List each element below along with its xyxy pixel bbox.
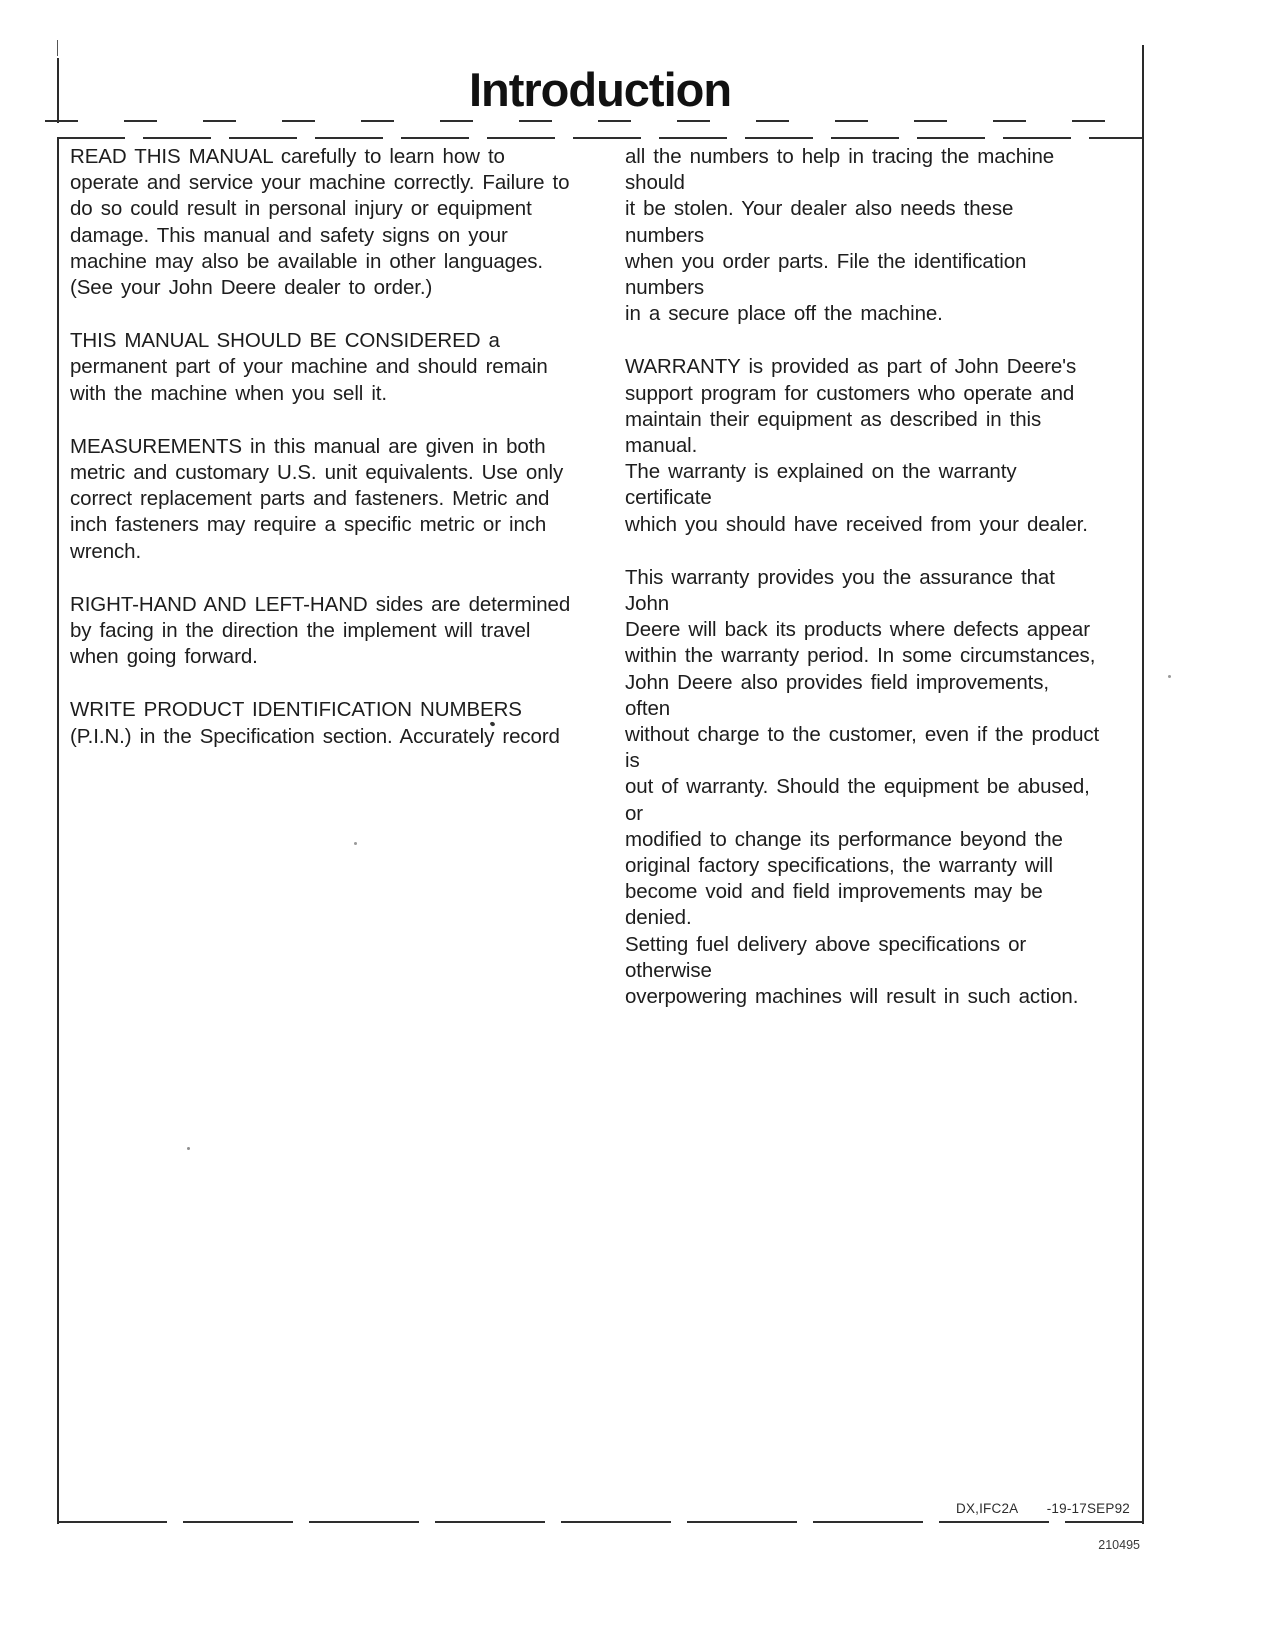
scan-artifact-tick	[57, 40, 58, 56]
scan-speck	[354, 842, 357, 845]
paragraph-warranty: WARRANTY is provided as part of John Dee…	[625, 354, 1100, 537]
footer-revision-date: -19-17SEP92	[1047, 1501, 1130, 1516]
page-number: 210495	[1040, 1538, 1140, 1552]
page-title: Introduction	[57, 62, 1143, 117]
footer-codes: DX,IFC2A -19-17SEP92	[956, 1501, 1130, 1516]
paragraph-warranty-assurance: This warranty provides you the assurance…	[625, 565, 1100, 1010]
paragraph-pin-continued: all the numbers to help in tracing the m…	[625, 144, 1100, 327]
scan-speck	[1168, 675, 1171, 678]
paragraph-this-manual-considered: THIS MANUAL SHOULD BE CONSIDERED a perma…	[70, 328, 590, 407]
content-box-top-border	[57, 137, 1144, 139]
paragraph-write-pin: WRITE PRODUCT IDENTIFICATION NUMBERS (P.…	[70, 697, 590, 749]
left-text-column: READ THIS MANUAL carefully to learn how …	[70, 144, 590, 777]
scan-speck	[1006, 788, 1009, 791]
paragraph-read-this-manual: READ THIS MANUAL carefully to learn how …	[70, 144, 590, 301]
title-underline	[45, 120, 1141, 122]
content-box-bottom-border	[57, 1521, 1144, 1523]
paragraph-measurements: MEASUREMENTS in this manual are given in…	[70, 434, 590, 565]
paragraph-right-hand-left-hand: RIGHT-HAND AND LEFT-HAND sides are deter…	[70, 592, 590, 671]
scan-speck	[187, 1147, 190, 1150]
content-box-left-border	[57, 137, 59, 1524]
content-box-right-border	[1142, 45, 1144, 1524]
footer-doc-code: DX,IFC2A	[956, 1501, 1018, 1516]
right-text-column: all the numbers to help in tracing the m…	[625, 144, 1100, 1037]
